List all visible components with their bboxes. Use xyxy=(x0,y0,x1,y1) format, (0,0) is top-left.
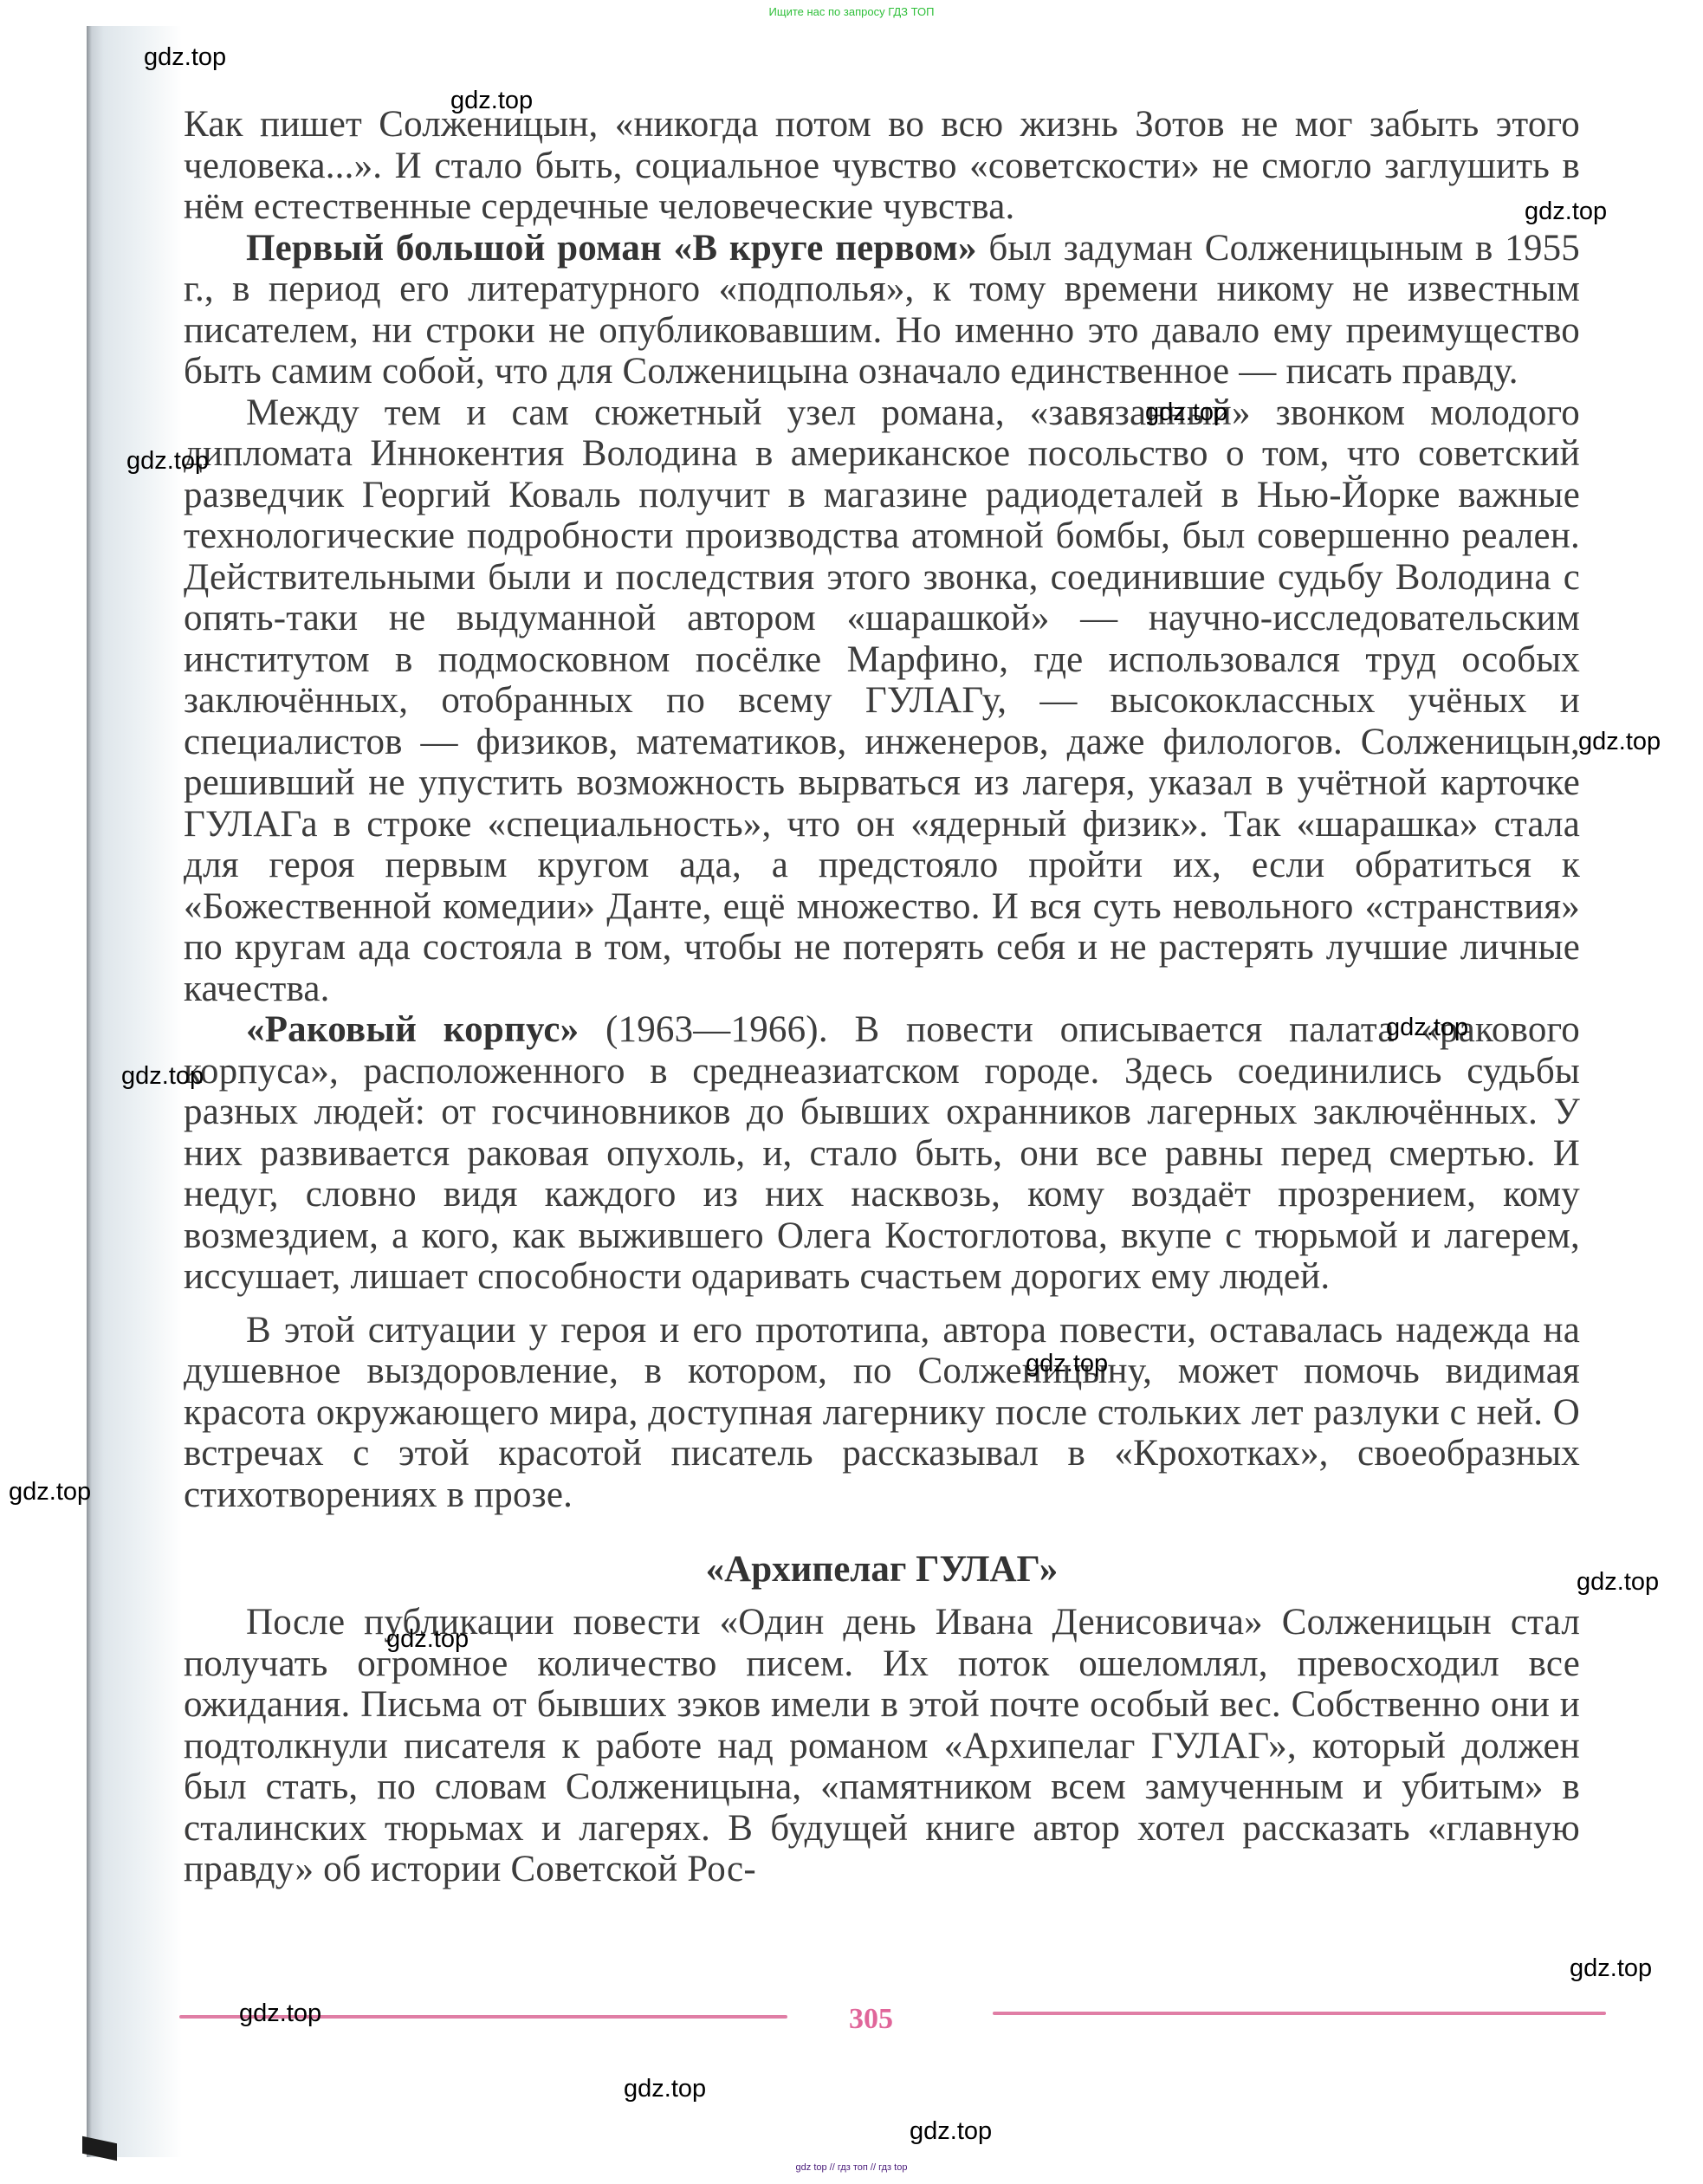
bottom-banner: gdz top // гдз топ // гдз top xyxy=(0,2162,1703,2173)
watermark: gdz.top xyxy=(1525,198,1607,226)
watermark: gdz.top xyxy=(1386,1014,1468,1042)
text-column: Как пишет Солженицын, «никогда потом во … xyxy=(184,104,1580,1890)
paragraph-text: (1963—1966). В повести описывается палат… xyxy=(184,1009,1580,1297)
paragraph-zotov: Как пишет Солженицын, «никогда потом во … xyxy=(184,104,1580,228)
watermark: gdz.top xyxy=(910,2117,992,2146)
watermark: gdz.top xyxy=(126,447,209,476)
watermark: gdz.top xyxy=(239,1999,321,2028)
watermark: gdz.top xyxy=(386,1625,469,1654)
paragraph-rakovy-korpus: «Раковый корпус» (1963—1966). В повести … xyxy=(184,1009,1580,1298)
watermark: gdz.top xyxy=(1026,1350,1108,1378)
section-heading: «Архипелаг ГУЛАГ» xyxy=(184,1548,1580,1591)
footer-rule-right xyxy=(993,2012,1606,2015)
paragraph-lead-bold: Первый большой роман «В круге первом» xyxy=(246,228,977,269)
paragraph-v-kruge-pervom: Первый большой роман «В круге первом» бы… xyxy=(184,228,1580,392)
paragraph-text: Между тем и сам сюжетный узел романа, «з… xyxy=(184,392,1580,1009)
paragraph-gap xyxy=(184,1298,1580,1310)
watermark: gdz.top xyxy=(9,1478,91,1507)
watermark: gdz.top xyxy=(144,43,226,72)
paragraph-plot: Между тем и сам сюжетный узел романа, «з… xyxy=(184,392,1580,1010)
watermark: gdz.top xyxy=(1570,1954,1652,1983)
watermark: gdz.top xyxy=(624,2075,706,2103)
paragraph-text: Как пишет Солженицын, «никогда потом во … xyxy=(184,104,1580,227)
paragraph-krokhotki: В этой ситуации у героя и его прототипа,… xyxy=(184,1310,1580,1516)
watermark: gdz.top xyxy=(1577,1568,1659,1597)
watermark: gdz.top xyxy=(1145,399,1227,427)
page-number: 305 xyxy=(849,2003,893,2036)
paragraph-lead-bold: «Раковый корпус» xyxy=(246,1009,579,1050)
watermark: gdz.top xyxy=(1578,728,1661,756)
watermark: gdz.top xyxy=(121,1062,204,1091)
paragraph-text: В этой ситуации у героя и его прототипа,… xyxy=(184,1310,1580,1515)
binding-shadow xyxy=(87,26,182,2157)
top-banner: Ищите нас по запросу ГДЗ ТОП xyxy=(0,5,1703,18)
watermark: gdz.top xyxy=(450,87,533,115)
